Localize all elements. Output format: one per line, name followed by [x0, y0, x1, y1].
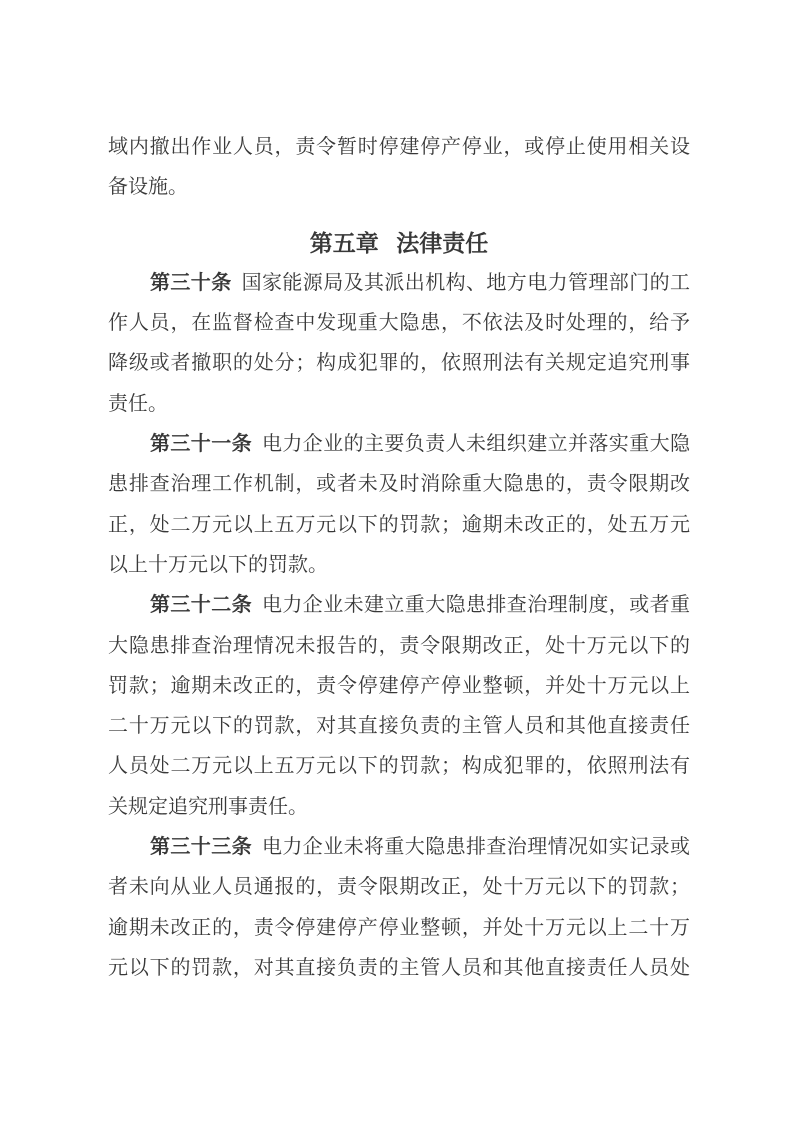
text-line: 者未向从业人员通报的，责令限期改正，处十万元以下的罚款；	[108, 867, 690, 907]
document-page: 域内撤出作业人员，责令暂时停建停产停业，或停止使用相关设 备设施。 第五章 法律…	[0, 0, 800, 1130]
chapter-title: 法律责任	[396, 230, 488, 256]
chapter-number: 第五章	[310, 230, 379, 256]
chapter-heading: 第五章 法律责任	[108, 223, 690, 263]
text-line: 第三十二条电力企业未建立重大隐患排查治理制度，或者重	[108, 585, 690, 625]
text-line: 降级或者撤职的处分；构成犯罪的，依照刑法有关规定追究刑事	[108, 343, 690, 383]
text-line: 第三十条国家能源局及其派出机构、地方电力管理部门的工	[108, 263, 690, 303]
text-line: 二十万元以下的罚款，对其直接负责的主管人员和其他直接责任	[108, 706, 690, 746]
article-31: 第三十一条电力企业的主要负责人未组织建立并落实重大隐 患排查治理工作机制，或者未…	[108, 424, 690, 585]
text-line: 关规定追究刑事责任。	[108, 787, 690, 827]
text-line: 以上十万元以下的罚款。	[108, 545, 690, 585]
article-text: 电力企业的主要负责人未组织建立并落实重大隐	[262, 433, 690, 455]
text-line: 域内撤出作业人员，责令暂时停建停产停业，或停止使用相关设	[108, 127, 690, 167]
text-line: 逾期未改正的，责令停建停产停业整顿，并处十万元以上二十万	[108, 908, 690, 948]
article-text: 国家能源局及其派出机构、地方电力管理部门的工	[242, 272, 690, 294]
text-line: 第三十三条电力企业未将重大隐患排查治理情况如实记录或	[108, 827, 690, 867]
text-line: 大隐患排查治理情况未报告的，责令限期改正，处十万元以下的	[108, 626, 690, 666]
article-33: 第三十三条电力企业未将重大隐患排查治理情况如实记录或 者未向从业人员通报的，责令…	[108, 827, 690, 988]
text-line: 人员处二万元以上五万元以下的罚款；构成犯罪的，依照刑法有	[108, 746, 690, 786]
text-line: 元以下的罚款，对其直接负责的主管人员和其他直接责任人员处	[108, 948, 690, 988]
article-text: 电力企业未建立重大隐患排查治理制度，或者重	[262, 594, 690, 616]
article-32: 第三十二条电力企业未建立重大隐患排查治理制度，或者重 大隐患排查治理情况未报告的…	[108, 585, 690, 827]
article-number: 第三十三条	[150, 836, 252, 858]
text-line: 正，处二万元以上五万元以下的罚款；逾期未改正的，处五万元	[108, 505, 690, 545]
text-line: 责任。	[108, 384, 690, 424]
article-number: 第三十一条	[150, 433, 252, 455]
text-line: 第三十一条电力企业的主要负责人未组织建立并落实重大隐	[108, 424, 690, 464]
text-line: 罚款；逾期未改正的，责令停建停产停业整顿，并处十万元以上	[108, 666, 690, 706]
article-text: 电力企业未将重大隐患排查治理情况如实记录或	[262, 836, 690, 858]
article-30: 第三十条国家能源局及其派出机构、地方电力管理部门的工 作人员，在监督检查中发现重…	[108, 263, 690, 424]
paragraph-continuation: 域内撤出作业人员，责令暂时停建停产停业，或停止使用相关设 备设施。	[108, 127, 690, 208]
document-content: 域内撤出作业人员，责令暂时停建停产停业，或停止使用相关设 备设施。 第五章 法律…	[108, 127, 690, 988]
article-number: 第三十条	[150, 272, 232, 294]
text-line: 作人员，在监督检查中发现重大隐患，不依法及时处理的，给予	[108, 303, 690, 343]
article-number: 第三十二条	[150, 594, 252, 616]
text-line: 患排查治理工作机制，或者未及时消除重大隐患的，责令限期改	[108, 464, 690, 504]
text-line: 备设施。	[108, 167, 690, 207]
